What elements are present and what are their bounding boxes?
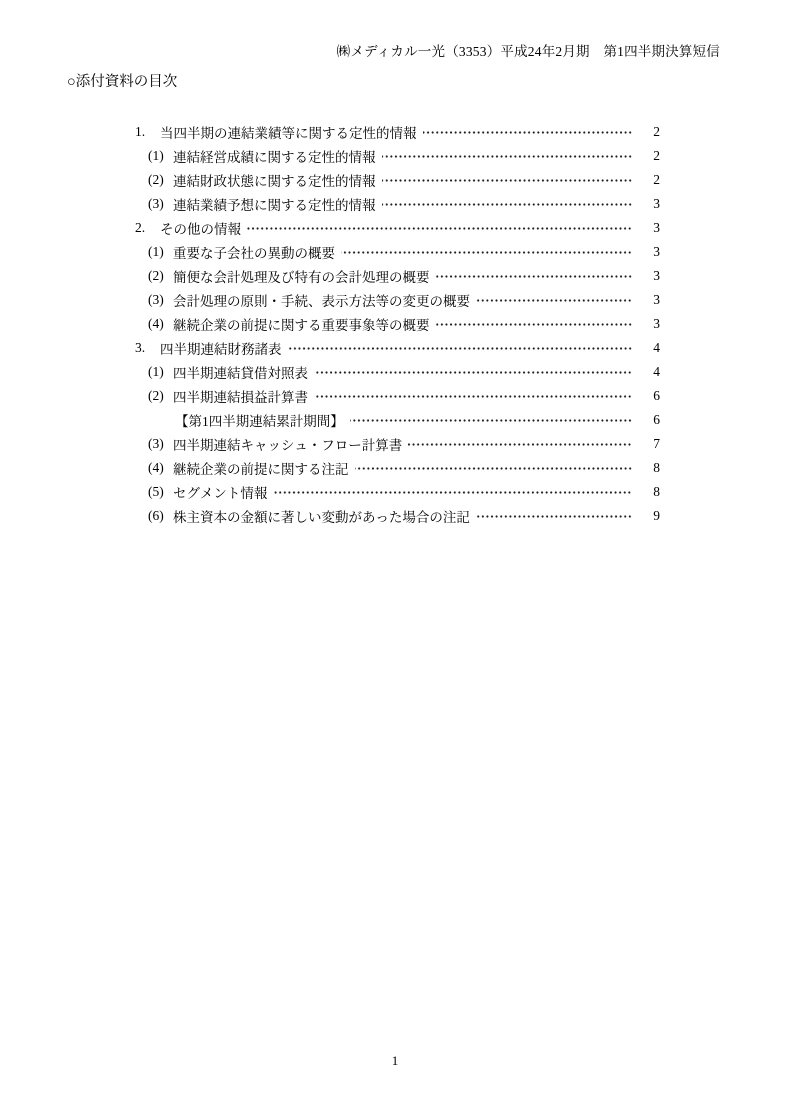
toc-item-number: (4) <box>148 460 173 476</box>
toc-item-number: (2) <box>148 388 173 404</box>
toc-dot-leader <box>350 408 632 432</box>
toc-item-label: 連結経営成績に関する定性的情報 <box>173 146 376 166</box>
toc-item-number: (1) <box>148 148 173 164</box>
toc-page-number: 3 <box>642 292 660 308</box>
page-title: ○添付資料の目次 <box>67 73 177 91</box>
toc-item: (5) セグメント情報 8 <box>135 480 660 504</box>
toc-item-number: 1. <box>135 124 160 140</box>
toc-dot-leader <box>423 120 633 144</box>
toc-item: (2) 連結財政状態に関する定性的情報 2 <box>135 168 660 192</box>
toc-item-label: その他の情報 <box>160 218 241 238</box>
toc-dot-leader <box>382 192 633 216</box>
toc-dot-leader <box>355 456 633 480</box>
toc-item: (6) 株主資本の金額に著しい変動があった場合の注記 9 <box>135 504 660 528</box>
toc-page-number: 3 <box>642 244 660 260</box>
toc-item-number: (3) <box>148 196 173 212</box>
toc-item: 【第1四半期連結累計期間】 6 <box>135 408 660 432</box>
toc-item: (4) 継続企業の前提に関する重要事象等の概要 3 <box>135 312 660 336</box>
toc-item-number: (6) <box>148 508 173 524</box>
toc-page-number: 8 <box>642 484 660 500</box>
toc-item-label: 会計処理の原則・手続、表示方法等の変更の概要 <box>173 290 470 310</box>
toc-item-number: 2. <box>135 220 160 236</box>
toc-item: (3) 四半期連結キャッシュ・フロー計算書 7 <box>135 432 660 456</box>
toc-page-number: 3 <box>642 196 660 212</box>
toc-item: (1) 四半期連結貸借対照表 4 <box>135 360 660 384</box>
toc-page-number: 6 <box>642 388 660 404</box>
toc-item: (1) 連結経営成績に関する定性的情報 2 <box>135 144 660 168</box>
toc-item-number: (3) <box>148 436 173 452</box>
toc-item-label: 四半期連結キャッシュ・フロー計算書 <box>173 434 402 454</box>
toc-page-number: 3 <box>642 220 660 236</box>
toc-dot-leader <box>314 360 632 384</box>
toc-item-label: 連結財政状態に関する定性的情報 <box>173 170 376 190</box>
toc-item-label: 【第1四半期連結累計期間】 <box>175 410 344 430</box>
toc-page-number: 4 <box>642 364 660 380</box>
toc-item: (2) 簡便な会計処理及び特有の会計処理の概要 3 <box>135 264 660 288</box>
document-header: ㈱メディカル一光（3353）平成24年2月期 第1四半期決算短信 <box>337 44 720 60</box>
toc-item: (2) 四半期連結損益計算書 6 <box>135 384 660 408</box>
document-page: ㈱メディカル一光（3353）平成24年2月期 第1四半期決算短信 ○添付資料の目… <box>0 0 790 1118</box>
toc-item-label: 当四半期の連結業績等に関する定性的情報 <box>160 122 417 142</box>
toc-item-label: 四半期連結損益計算書 <box>173 386 308 406</box>
toc-list: 1. 当四半期の連結業績等に関する定性的情報 2 (1) 連結経営成績に関する定… <box>135 120 660 528</box>
toc-item: 3. 四半期連結財務諸表 4 <box>135 336 660 360</box>
toc-item: (3) 連結業績予想に関する定性的情報 3 <box>135 192 660 216</box>
toc-page-number: 3 <box>642 268 660 284</box>
toc-page-number: 2 <box>642 148 660 164</box>
toc-item: (4) 継続企業の前提に関する注記 8 <box>135 456 660 480</box>
toc-item: 1. 当四半期の連結業績等に関する定性的情報 2 <box>135 120 660 144</box>
toc-item-label: 継続企業の前提に関する注記 <box>173 458 349 478</box>
toc-page-number: 2 <box>642 172 660 188</box>
toc-item-label: 重要な子会社の異動の概要 <box>173 242 335 262</box>
toc-dot-leader <box>436 312 633 336</box>
toc-dot-leader <box>408 432 632 456</box>
toc-page-number: 6 <box>642 412 660 428</box>
toc-item-label: 四半期連結財務諸表 <box>160 338 282 358</box>
toc-item-label: 簡便な会計処理及び特有の会計処理の概要 <box>173 266 430 286</box>
footer-page-number: 1 <box>0 1053 790 1069</box>
toc-item-number: (4) <box>148 316 173 332</box>
toc-dot-leader <box>436 264 633 288</box>
toc-item-label: 四半期連結貸借対照表 <box>173 362 308 382</box>
toc-dot-leader <box>288 336 633 360</box>
toc-page-number: 8 <box>642 460 660 476</box>
toc-item: (1) 重要な子会社の異動の概要 3 <box>135 240 660 264</box>
toc-dot-leader <box>314 384 632 408</box>
toc-item-number: (2) <box>148 268 173 284</box>
toc-item-number: (1) <box>148 364 173 380</box>
toc-item-number: (3) <box>148 292 173 308</box>
toc-page-number: 2 <box>642 124 660 140</box>
toc-item-label: 連結業績予想に関する定性的情報 <box>173 194 376 214</box>
toc-dot-leader <box>476 504 632 528</box>
toc-dot-leader <box>273 480 632 504</box>
toc-item-number: 3. <box>135 340 160 356</box>
toc-item-number: (2) <box>148 172 173 188</box>
toc-dot-leader <box>476 288 632 312</box>
toc-page-number: 3 <box>642 316 660 332</box>
toc-item-number: (1) <box>148 244 173 260</box>
toc-dot-leader <box>247 216 632 240</box>
toc-item-label: 継続企業の前提に関する重要事象等の概要 <box>173 314 430 334</box>
toc-dot-leader <box>382 168 633 192</box>
toc-page-number: 7 <box>642 436 660 452</box>
toc-item: 2. その他の情報 3 <box>135 216 660 240</box>
toc-item: (3) 会計処理の原則・手続、表示方法等の変更の概要 3 <box>135 288 660 312</box>
toc-dot-leader <box>382 144 633 168</box>
toc-page-number: 4 <box>642 340 660 356</box>
toc-item-label: セグメント情報 <box>173 482 267 502</box>
toc-item-label: 株主資本の金額に著しい変動があった場合の注記 <box>173 506 470 526</box>
toc-item-number: (5) <box>148 484 173 500</box>
toc-page-number: 9 <box>642 508 660 524</box>
toc-dot-leader <box>341 240 632 264</box>
